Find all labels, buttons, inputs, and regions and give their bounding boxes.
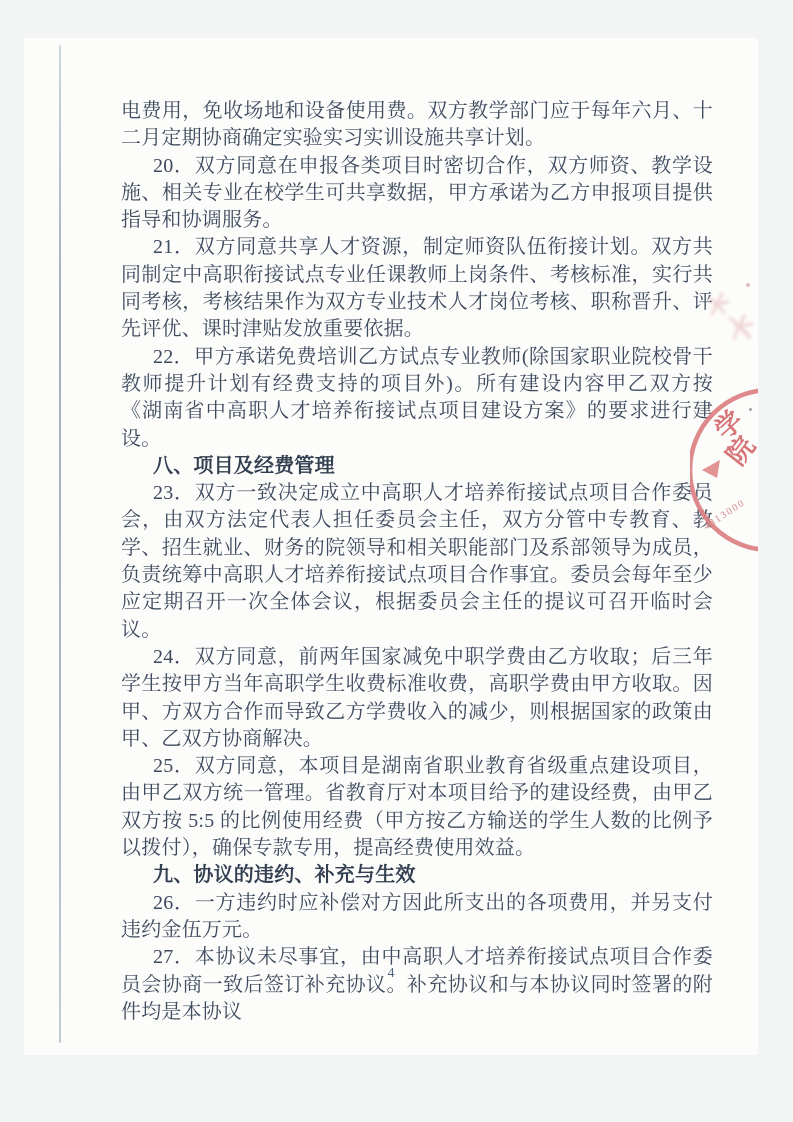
contract-clause: 27．本协议未尽事宜，由中高职人才培养衔接试点项目合作委员会协商一致后签订补充协…	[121, 944, 713, 1026]
smudge-dot	[746, 283, 750, 287]
section-heading: 八、项目及经费管理	[121, 453, 713, 480]
document-page: 电费用，免收场地和设备使用费。双方教学部门应于每年六月、十二月定期协商确定实验实…	[24, 38, 758, 1055]
contract-clause: 24．双方同意，前两年国家减免中职学费由乙方收取；后三年学生按甲方当年高职学生收…	[121, 644, 713, 753]
contract-clause: 22．甲方承诺免费培训乙方试点专业教师(除国家职业院校骨干教师提升计划有经费支持…	[121, 344, 713, 453]
binding-edge-line	[59, 45, 61, 1043]
page-number: 4	[24, 966, 758, 982]
smudge-strokes	[710, 294, 752, 338]
seal-digits: 4313000	[702, 497, 748, 532]
contract-body: 电费用，免收场地和设备使用费。双方教学部门应于每年六月、十二月定期协商确定实验实…	[121, 98, 713, 1026]
contract-clause: 21．双方同意共享人才资源，制定师资队伍衔接计划。双方共同制定中高职衔接试点专业…	[121, 234, 713, 343]
contract-clause: 20．双方同意在申报各类项目时密切合作，双方师资、教学设施、相关专业在校学生可共…	[121, 153, 713, 235]
contract-clause: 25．双方同意，本项目是湖南省职业教育省级重点建设项目，由甲乙双方统一管理。省教…	[121, 753, 713, 862]
official-seal-partial: 学 院 4313000	[690, 378, 758, 556]
contract-clause: 23．双方一致决定成立中高职人才培养衔接试点项目合作委员会，由双方法定代表人担任…	[121, 480, 713, 644]
contract-clause: 26．一方违约时应补偿对方因此所支出的各项费用，并另支付违约金伍万元。	[121, 890, 713, 945]
contract-clause: 电费用，免收场地和设备使用费。双方教学部门应于每年六月、十二月定期协商确定实验实…	[121, 98, 713, 153]
seal-ink-smudge	[698, 278, 760, 348]
scan-speck	[749, 408, 752, 411]
seal-star-point	[702, 460, 720, 478]
section-heading: 九、协议的违约、补充与生效	[121, 862, 713, 889]
